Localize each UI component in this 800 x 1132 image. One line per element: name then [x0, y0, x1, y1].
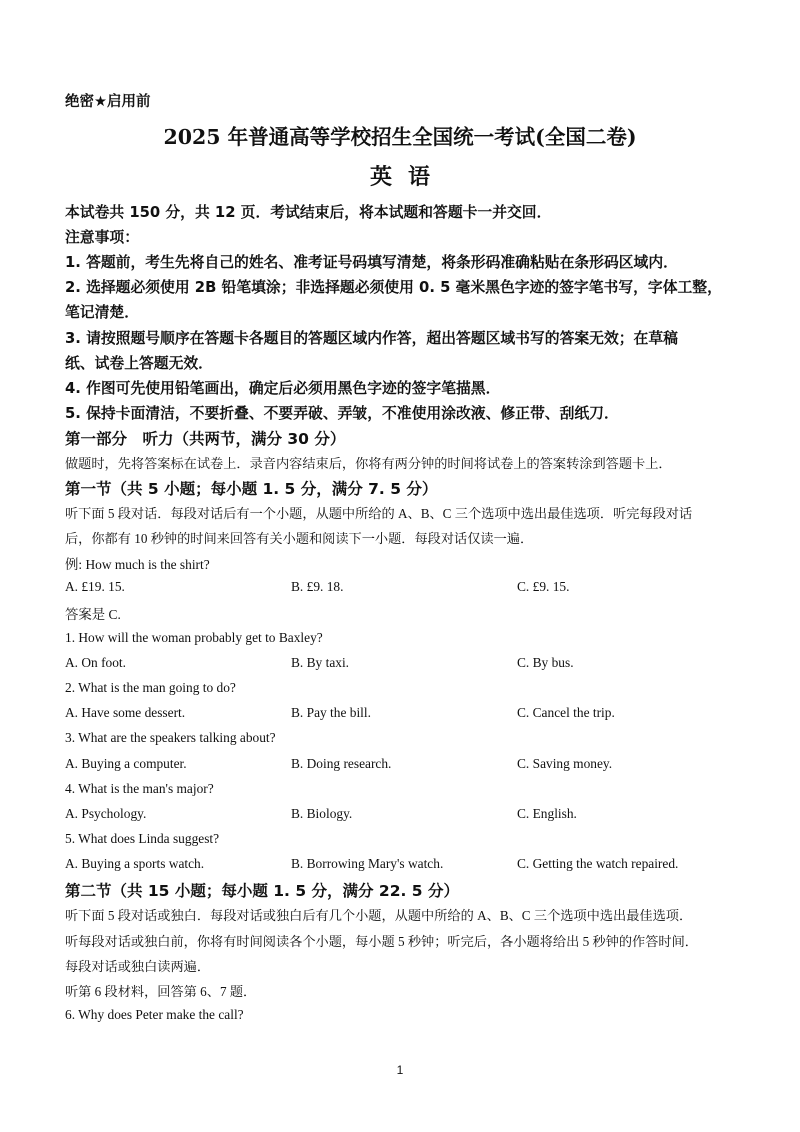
- section2-instruction: 听每段对话或独白前，你将有时间阅读各个小题，每小题 5 秒钟；听完后，各小题将给…: [65, 931, 698, 950]
- example-option-b: B. £9. 18.: [291, 579, 343, 595]
- q3-option-c: C. Saving money.: [517, 756, 612, 772]
- subject-title: 英语: [0, 160, 800, 191]
- q5-option-b: B. Borrowing Mary's watch.: [291, 856, 443, 872]
- question-3: 3. What are the speakers talking about?: [65, 730, 276, 746]
- q2-option-a: A. Have some dessert.: [65, 705, 185, 721]
- notice-item: 1. 答题前，考生先将自己的姓名、准考证号码填写清楚，将条形码准确粘贴在条形码区…: [65, 251, 678, 272]
- section2-instruction: 听下面 5 段对话或独白．每段对话或独白后有几个小题，从题中所给的 A、B、C …: [65, 905, 692, 924]
- notice-item: 笔记清楚．: [65, 301, 139, 322]
- example-option-a: A. £19. 15.: [65, 579, 125, 595]
- notice-heading: 注意事项：: [65, 226, 139, 247]
- part1-heading: 第一部分 听力（共两节，满分 30 分）: [65, 427, 345, 449]
- notice-item: 3. 请按照题号顺序在答题卡各题目的答题区域内作答，超出答题区域书写的答案无效；…: [65, 327, 678, 348]
- section2-heading: 第二节（共 15 小题；每小题 1. 5 分，满分 22. 5 分）: [65, 879, 459, 901]
- q3-option-b: B. Doing research.: [291, 756, 391, 772]
- section1-instruction: 听下面 5 段对话．每段对话后有一个小题，从题中所给的 A、B、C 三个选项中选…: [65, 503, 692, 522]
- q1-option-c: C. By bus.: [517, 655, 574, 671]
- section1-heading: 第一节（共 5 小题；每小题 1. 5 分，满分 7. 5 分）: [65, 477, 437, 499]
- q1-option-b: B. By taxi.: [291, 655, 349, 671]
- example-answer: 答案是 C.: [65, 604, 121, 623]
- secret-label: 绝密★启用前: [65, 90, 151, 111]
- example-question: 例: How much is the shirt?: [65, 554, 210, 573]
- exam-title: 2025 年普通高等学校招生全国统一考试(全国二卷): [0, 120, 800, 150]
- part1-instruction: 做题时，先将答案标在试卷上．录音内容结束后，你将有两分钟的时间将试卷上的答案转涂…: [65, 453, 672, 472]
- question-1: 1. How will the woman probably get to Ba…: [65, 630, 323, 646]
- q3-option-a: A. Buying a computer.: [65, 756, 187, 772]
- q4-option-c: C. English.: [517, 806, 577, 822]
- q5-option-a: A. Buying a sports watch.: [65, 856, 204, 872]
- example-option-c: C. £9. 15.: [517, 579, 569, 595]
- question-4: 4. What is the man's major?: [65, 781, 214, 797]
- q2-option-c: C. Cancel the trip.: [517, 705, 615, 721]
- notice-item: 纸、试卷上答题无效．: [65, 352, 213, 373]
- exam-summary: 本试卷共 150 分，共 12 页．考试结束后，将本试题和答题卡一并交回．: [65, 201, 551, 222]
- notice-item: 4. 作图可先使用铅笔画出，确定后必须用黑色字迹的签字笔描黑．: [65, 377, 500, 398]
- notice-item: 5. 保持卡面清洁，不要折叠、不要弄破、弄皱，不准使用涂改液、修正带、刮纸刀．: [65, 402, 619, 423]
- exam-page: 绝密★启用前 2025 年普通高等学校招生全国统一考试(全国二卷) 英语 本试卷…: [0, 0, 800, 1132]
- question-2: 2. What is the man going to do?: [65, 680, 236, 696]
- section1-instruction: 后，你都有 10 秒钟的时间来回答有关小题和阅读下一小题．每段对话仅读一遍．: [65, 528, 533, 547]
- question-6: 6. Why does Peter make the call?: [65, 1007, 244, 1023]
- q5-option-c: C. Getting the watch repaired.: [517, 856, 678, 872]
- q2-option-b: B. Pay the bill.: [291, 705, 371, 721]
- q1-option-a: A. On foot.: [65, 655, 126, 671]
- page-number: 1: [0, 1063, 800, 1077]
- material-note: 听第 6 段材料，回答第 6、7 题．: [65, 981, 256, 1000]
- q4-option-a: A. Psychology.: [65, 806, 146, 822]
- notice-item: 2. 选择题必须使用 2B 铅笔填涂；非选择题必须使用 0. 5 毫米黑色字迹的…: [65, 276, 722, 297]
- question-5: 5. What does Linda suggest?: [65, 831, 219, 847]
- q4-option-b: B. Biology.: [291, 806, 352, 822]
- section2-instruction: 每段对话或独白读两遍．: [65, 956, 210, 975]
